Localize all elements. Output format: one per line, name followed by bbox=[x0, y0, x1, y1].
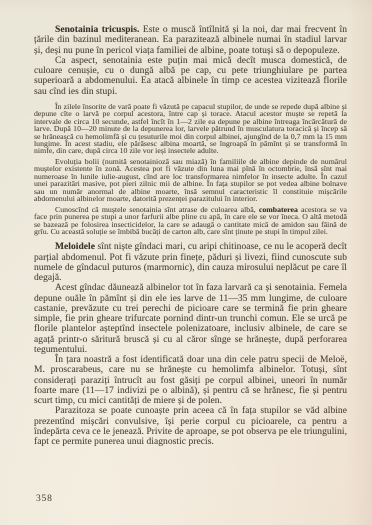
meloidele-bold-word: Meloidele bbox=[55, 242, 95, 252]
paragraph-control-measures: Cunoscînd că muștele senotainia sînt atr… bbox=[34, 206, 347, 236]
paragraph-meloide-intro: Meloidele sînt niște gîndaci mari, cu ar… bbox=[34, 242, 347, 283]
page-text: Senotainia tricuspis. Este o muscă întîl… bbox=[34, 25, 347, 447]
paragraph-parasitosis-signs: Parazitoza se poate cunoaște prin aceea … bbox=[34, 406, 347, 447]
paragraph-meloide-larvae: Acest gîndac dăunează albinelor tot în f… bbox=[34, 283, 347, 355]
small-print-section: În zilele însorite de vară poate fi văzu… bbox=[34, 103, 347, 236]
paragraph-senotainia-attack-detail-text: În zilele însorite de vară poate fi văzu… bbox=[34, 102, 347, 156]
paragraph-senotainia-intro: Senotainia tricuspis. Este o muscă întîl… bbox=[34, 25, 347, 56]
book-page: Senotainia tricuspis. Este o muscă întîl… bbox=[0, 0, 372, 525]
paragraph-senotainia-aspect: Ca aspect, senotainia este puțin mai mic… bbox=[34, 56, 347, 97]
paragraph-meloe-species-text: În țara noastră a fost identificată doar… bbox=[34, 355, 347, 406]
paragraph-senotainia-aspect-text: Ca aspect, senotainia este puțin mai mic… bbox=[34, 56, 347, 97]
page-number: 358 bbox=[36, 494, 53, 504]
paragraph-disease-evolution-text: Evoluția bolii (numită senotainioză sau … bbox=[34, 157, 347, 203]
paragraph-disease-evolution: Evoluția bolii (numită senotainioză sau … bbox=[34, 158, 347, 203]
paragraph-meloide-larvae-text: Acest gîndac dăunează albinelor tot în f… bbox=[34, 283, 347, 355]
paragraph-meloe-species: În țara noastră a fost identificată doar… bbox=[34, 355, 347, 406]
paragraph-senotainia-attack-detail: În zilele însorite de vară poate fi văzu… bbox=[34, 103, 347, 155]
paragraph-parasitosis-signs-text: Parazitoza se poate cunoaște prin aceea … bbox=[34, 406, 347, 447]
species-name-senotainia: Senotainia tricuspis. bbox=[55, 25, 139, 35]
